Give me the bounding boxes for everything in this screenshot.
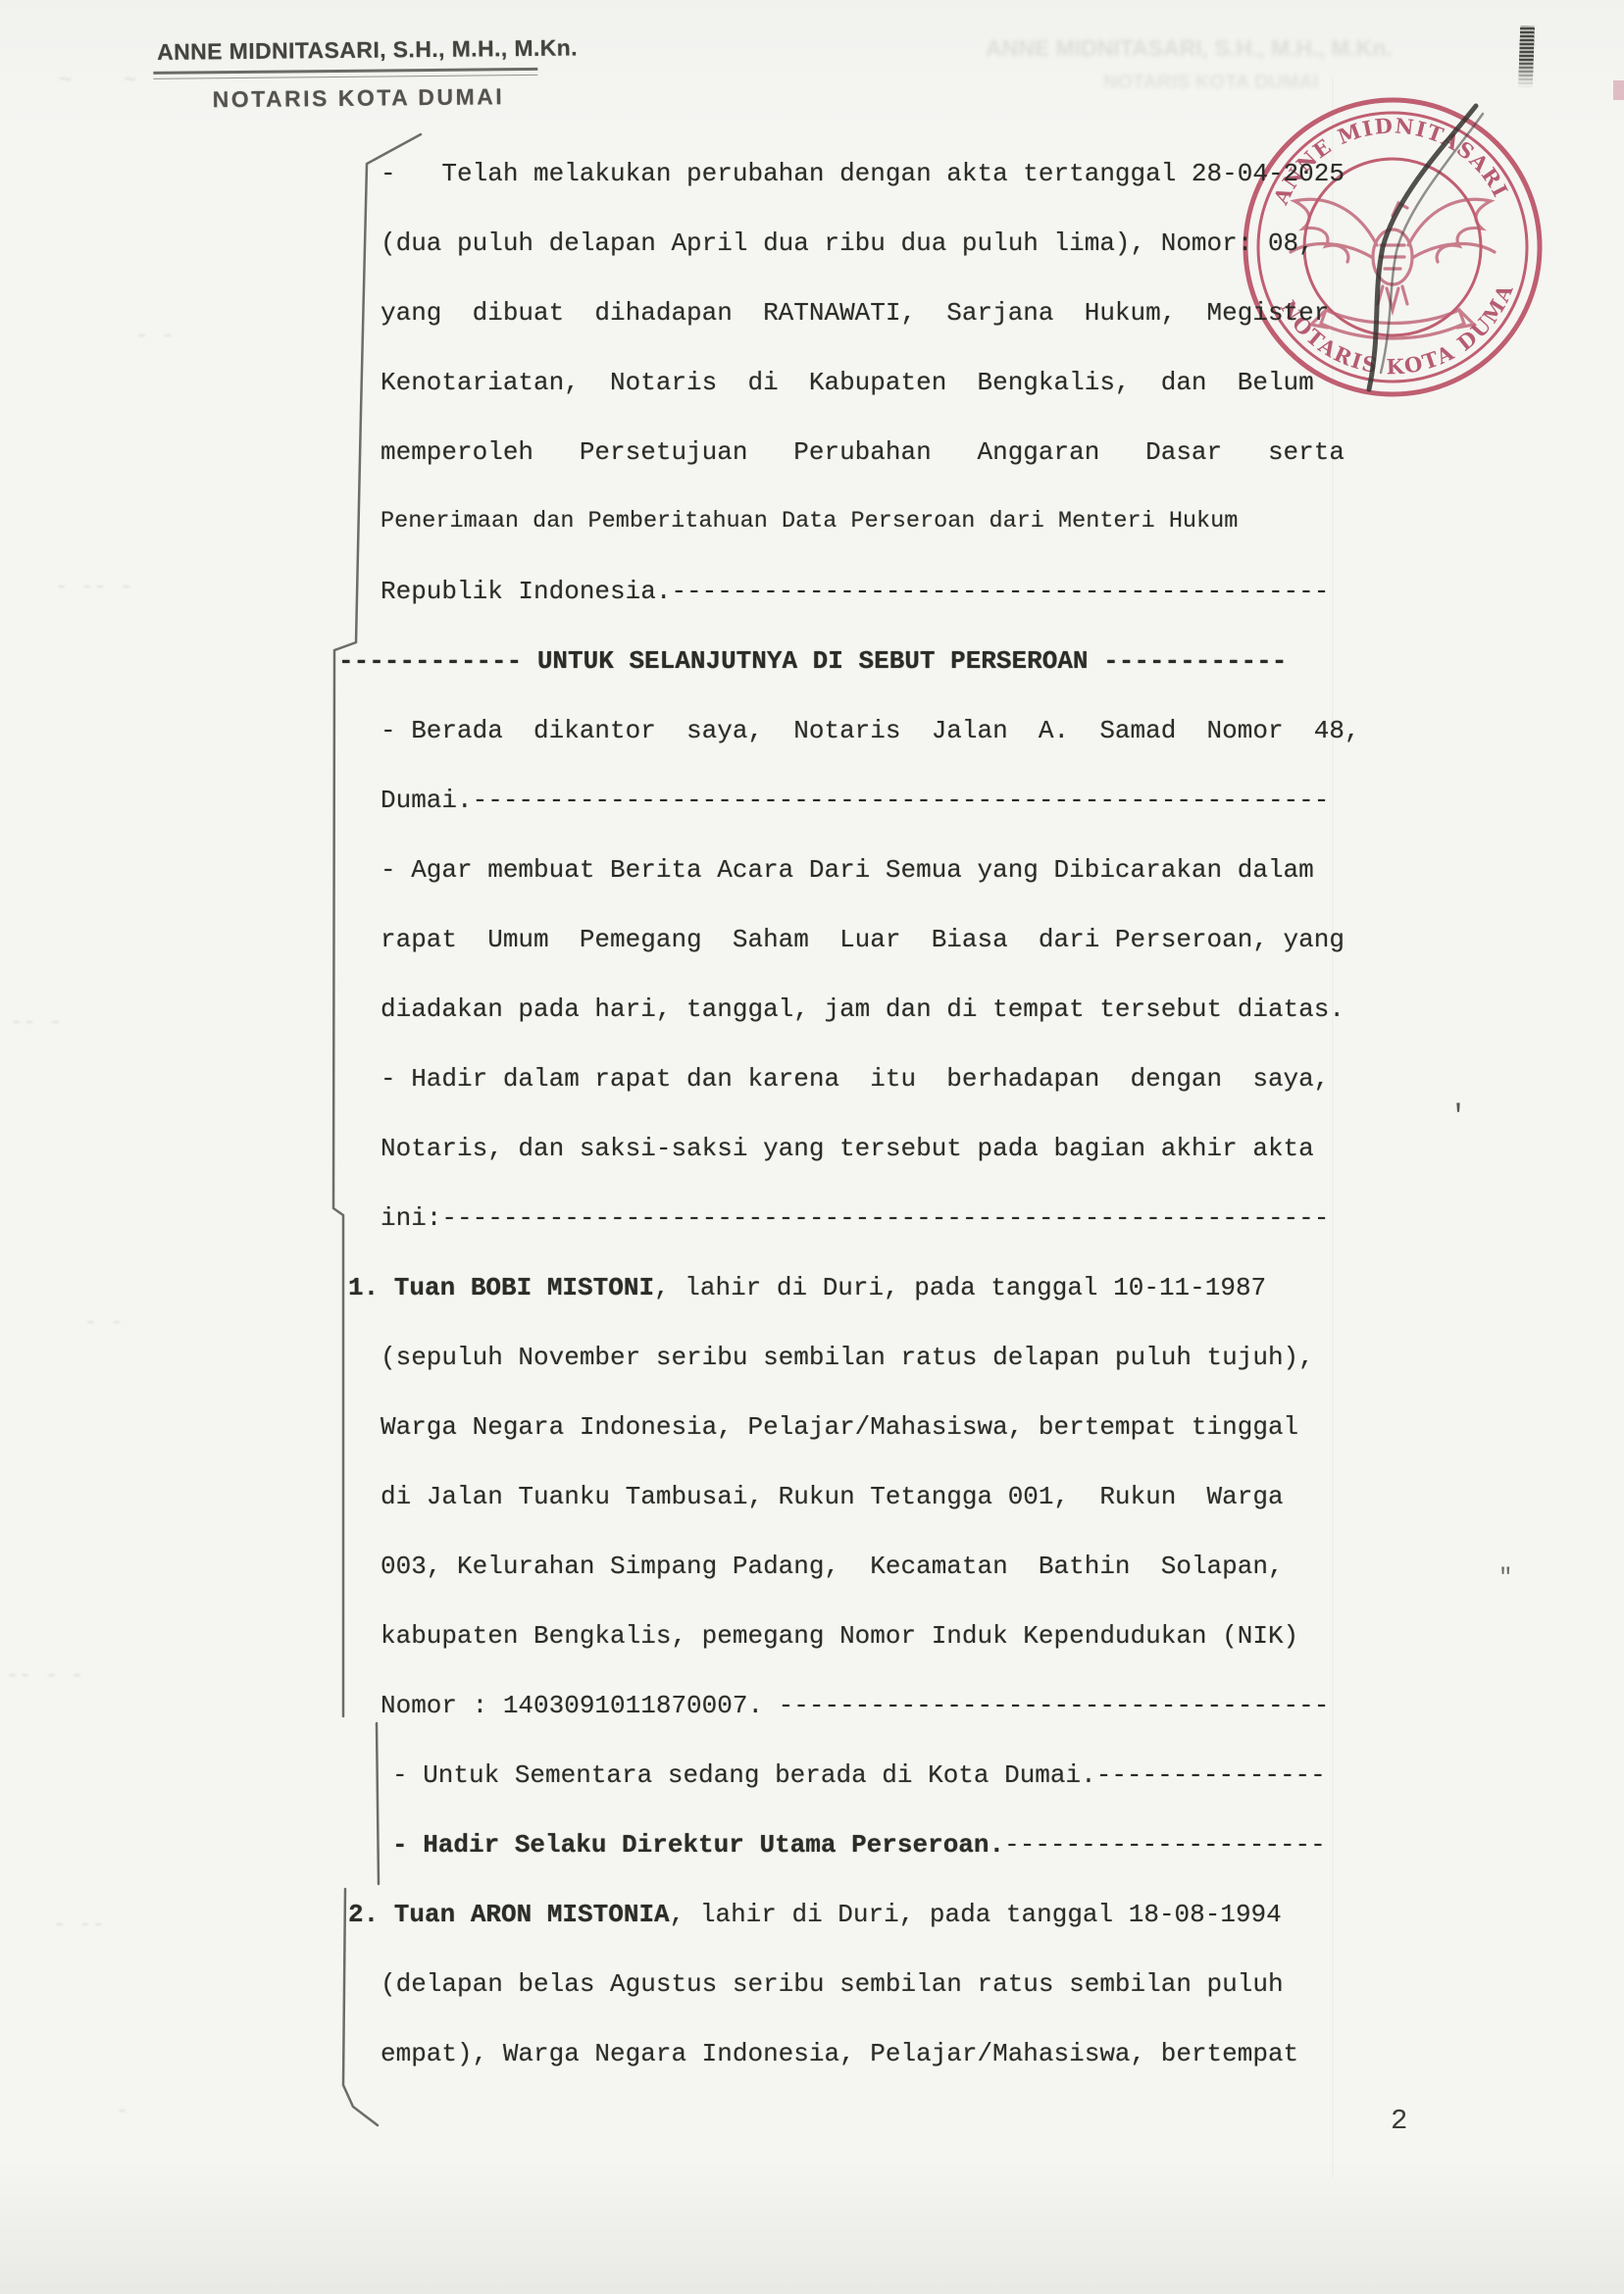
- signature-stroke: [1369, 106, 1483, 389]
- signature-layer: [0, 0, 1624, 2294]
- scanned-notarial-deed-page: ANNE MIDNITASARI, S.H., M.H., M.Kn. NOTA…: [0, 0, 1624, 2294]
